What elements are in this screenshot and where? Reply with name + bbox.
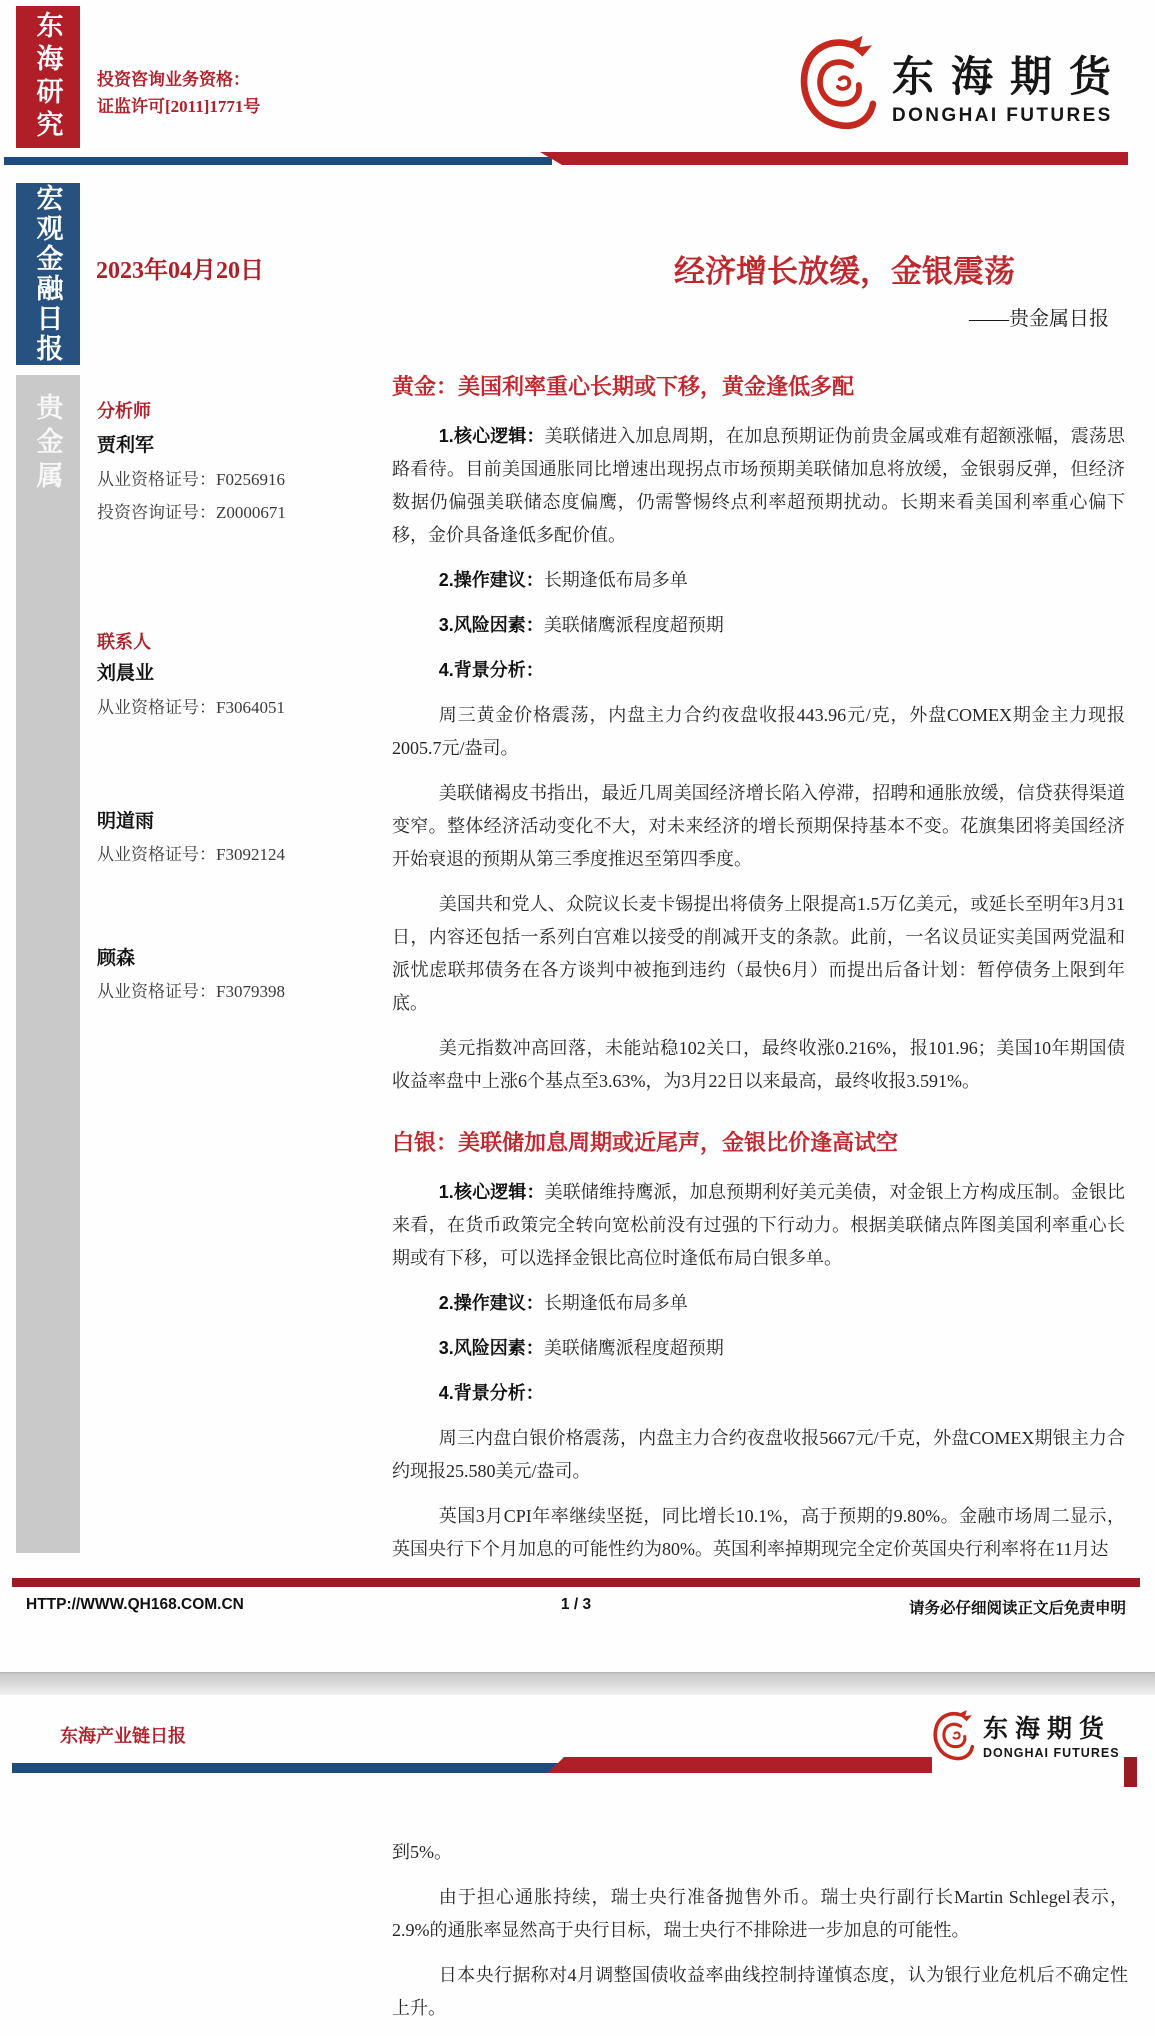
analyst-cert-1: 从业资格证号：F0256916: [97, 465, 285, 490]
silver-paragraph-text: 周三内盘白银价格震荡，内盘主力合约夜盘收报5667元/千克，外盘COMEX期银主…: [392, 1428, 1125, 1481]
page2-header-title: 东海产业链日报: [60, 1722, 186, 1748]
report-date: 2023年04月20日: [96, 250, 264, 285]
gold-paragraph: 4.背景分析：: [392, 654, 1125, 687]
page-separator: [0, 1672, 1155, 1695]
page2-divider-cap: [1124, 1757, 1137, 1787]
gold-paragraph-label: 3.风险因素：: [439, 615, 544, 635]
page2-divider-red: [548, 1757, 932, 1773]
gold-paragraph-text: 美联储鹰派程度超预期: [544, 615, 724, 635]
gold-paragraph: 美联储褐皮书指出，最近几周美国经济增长陷入停滞，招聘和通胀放缓，信贷获得渠道变窄…: [392, 777, 1125, 876]
silver-paragraph-label: 2.操作建议：: [439, 1293, 544, 1313]
report-title: 经济增长放缓，金银震荡: [674, 246, 1015, 291]
header-divider-red: [540, 152, 1128, 165]
page2-paragraph: 日本央行据称对4月调整国债收益率曲线控制持谨慎态度，认为银行业危机后不确定性上升…: [392, 1959, 1128, 2025]
analyst-label: 分析师: [97, 397, 151, 423]
contact-cert-3: 从业资格证号：F3079398: [97, 977, 285, 1002]
report-page: 东海研究 投资咨询业务资格： 证监许可[2011]1771号 东海期货 DONG…: [0, 0, 1155, 2036]
footer-disclaimer: 请务必仔细阅读正文后免责申明: [909, 1596, 1126, 1618]
gold-paragraph: 2.操作建议：长期逢低布局多单: [392, 564, 1125, 597]
contact-name-1: 刘晨业: [97, 658, 154, 685]
footer: HTTP://WWW.QH168.COM.CN 1 / 3 请务必仔细阅读正文后…: [12, 1596, 1140, 1620]
analyst-name: 贾利军: [97, 430, 154, 457]
subcategory-rail: 贵金属: [16, 375, 80, 1553]
contact-name-3: 顾森: [97, 943, 135, 970]
category-tab: 宏观金融日报: [16, 183, 80, 365]
company-logo-page2: 东海期货 DONGHAI FUTURES: [930, 1708, 1120, 1764]
subcategory-rail-label: 贵金属: [29, 393, 68, 1553]
qualification-block: 投资咨询业务资格： 证监许可[2011]1771号: [97, 66, 260, 120]
gold-paragraph-text: 美元指数冲高回落，未能站稳102关口，最终收涨0.216%，报101.96；美国…: [392, 1038, 1125, 1091]
dragon-logo-icon: [930, 1708, 976, 1764]
silver-paragraph-label: 1.核心逻辑：: [439, 1182, 545, 1202]
gold-paragraph-text: 长期逢低布局多单: [544, 570, 688, 590]
silver-paragraph-label: 3.风险因素：: [439, 1338, 544, 1358]
gold-paragraph: 美国共和党人、众院议长麦卡锡提出将债务上限提高1.5万亿美元，或延长至明年3月3…: [392, 888, 1125, 1020]
page2-paragraph: 由于担心通胀持续，瑞士央行准备抛售外币。瑞士央行副行长Martin Schleg…: [392, 1881, 1128, 1947]
silver-paragraph-label: 4.背景分析：: [439, 1383, 544, 1403]
report-body: 黄金：美国利率重心长期或下移，黄金逢低多配 1.核心逻辑：美联储进入加息周期，在…: [392, 372, 1125, 1578]
gold-paragraph: 1.核心逻辑：美联储进入加息周期，在加息预期证伪前贵金属或难有超额涨幅，震荡思路…: [392, 420, 1125, 552]
logo-en-text: DONGHAI FUTURES: [983, 1746, 1120, 1760]
silver-paragraph-text: 美联储鹰派程度超预期: [544, 1338, 724, 1358]
gold-section-heading: 黄金：美国利率重心长期或下移，黄金逢低多配: [392, 372, 1125, 402]
gold-paragraph-text: 美国共和党人、众院议长麦卡锡提出将债务上限提高1.5万亿美元，或延长至明年3月3…: [392, 894, 1125, 1013]
contact-name-2: 明道雨: [97, 806, 154, 833]
gold-paragraph-text: 周三黄金价格震荡，内盘主力合约夜盘收报443.96元/克，外盘COMEX期金主力…: [392, 705, 1125, 758]
page2-divider-blue: [12, 1763, 560, 1773]
report-subtitle: ——贵金属日报: [969, 302, 1109, 331]
gold-paragraph-label: 2.操作建议：: [439, 570, 544, 590]
qualification-line1: 投资咨询业务资格：: [97, 66, 260, 93]
brand-tab-label: 东海研究: [29, 11, 68, 143]
silver-paragraph-text: 长期逢低布局多单: [544, 1293, 688, 1313]
gold-paragraph: 3.风险因素：美联储鹰派程度超预期: [392, 609, 1125, 642]
page2-paragraph: 到5%。: [392, 1836, 1128, 1869]
gold-paragraph-label: 1.核心逻辑：: [439, 426, 545, 446]
page2-body: 到5%。 由于担心通胀持续，瑞士央行准备抛售外币。瑞士央行副行长Martin S…: [392, 1836, 1128, 2036]
silver-paragraph-text: 英国3月CPI年率继续坚挺，同比增长10.1%，高于预期的9.80%。金融市场周…: [392, 1506, 1125, 1559]
dragon-logo-icon: [794, 32, 880, 136]
category-tab-label: 宏观金融日报: [29, 184, 68, 364]
analyst-cert-2: 投资咨询证号：Z0000671: [97, 498, 286, 523]
gold-paragraph-label: 4.背景分析：: [439, 660, 544, 680]
brand-tab: 东海研究: [16, 6, 80, 148]
logo-cn-text: 东海期货: [983, 1716, 1120, 1744]
footer-rule: [12, 1578, 1140, 1587]
silver-paragraph: 2.操作建议：长期逢低布局多单: [392, 1287, 1125, 1320]
logo-en-text: DONGHAI FUTURES: [892, 105, 1128, 127]
logo-text: 东海期货 DONGHAI FUTURES: [892, 54, 1128, 127]
silver-paragraph: 4.背景分析：: [392, 1377, 1125, 1410]
contact-cert-1: 从业资格证号：F3064051: [97, 693, 285, 718]
contact-label: 联系人: [97, 628, 151, 654]
qualification-line2: 证监许可[2011]1771号: [97, 93, 260, 120]
silver-paragraph: 英国3月CPI年率继续坚挺，同比增长10.1%，高于预期的9.80%。金融市场周…: [392, 1500, 1125, 1566]
silver-paragraph: 3.风险因素：美联储鹰派程度超预期: [392, 1332, 1125, 1365]
silver-paragraph: 周三内盘白银价格震荡，内盘主力合约夜盘收报5667元/千克，外盘COMEX期银主…: [392, 1422, 1125, 1488]
header-divider-blue: [4, 157, 552, 165]
gold-paragraph: 周三黄金价格震荡，内盘主力合约夜盘收报443.96元/克，外盘COMEX期金主力…: [392, 699, 1125, 765]
gold-paragraph: 美元指数冲高回落，未能站稳102关口，最终收涨0.216%，报101.96；美国…: [392, 1032, 1125, 1098]
contact-cert-2: 从业资格证号：F3092124: [97, 840, 285, 865]
silver-section-heading: 白银：美联储加息周期或近尾声，金银比价逢高试空: [392, 1128, 1125, 1158]
logo-text: 东海期货 DONGHAI FUTURES: [983, 1716, 1120, 1760]
gold-paragraph-text: 美联储褐皮书指出，最近几周美国经济增长陷入停滞，招聘和通胀放缓，信贷获得渠道变窄…: [392, 783, 1125, 869]
silver-paragraph: 1.核心逻辑：美联储维持鹰派，加息预期利好美元美债，对金银上方构成压制。金银比来…: [392, 1176, 1125, 1275]
company-logo: 东海期货 DONGHAI FUTURES: [794, 32, 1128, 136]
logo-cn-text: 东海期货: [892, 54, 1128, 102]
